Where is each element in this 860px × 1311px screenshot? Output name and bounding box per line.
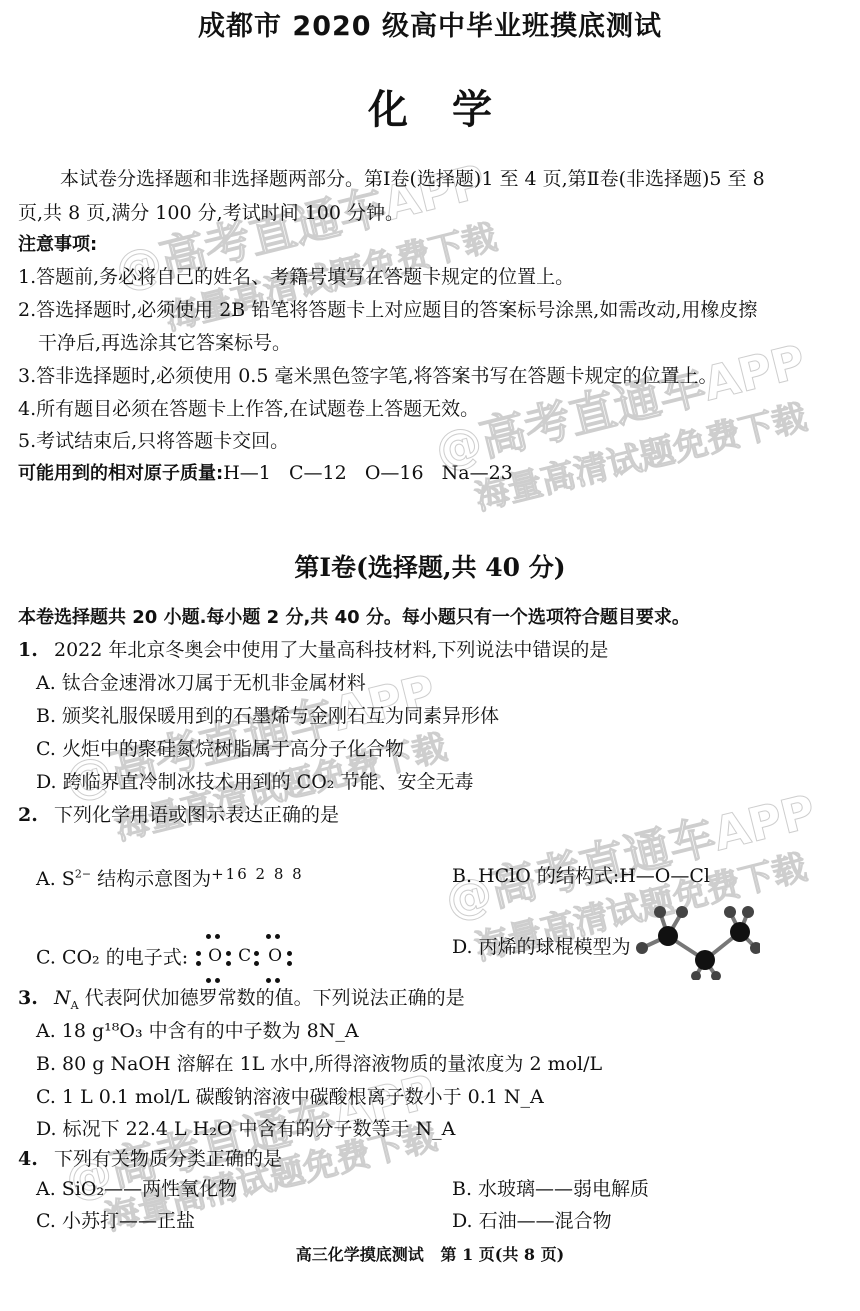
question-number: 3. (18, 989, 54, 1008)
atomic-mass-values: H—1 C—12 O—16 Na—23 (223, 462, 513, 484)
question-text: 下列有关物质分类正确的是 (54, 1148, 282, 1170)
watermark-line2: 海量高清试题免费下载 (469, 390, 811, 520)
question-4-stem: 4.下列有关物质分类正确的是 (18, 1150, 282, 1169)
q4-option-a: A. SiO₂——两性氧化物 (36, 1180, 237, 1199)
question-text: 2022 年北京冬奥会中使用了大量高科技材料,下列说法中错误的是 (54, 639, 608, 661)
question-2-stem: 2.下列化学用语或图示表达正确的是 (18, 806, 339, 825)
exam-title: 成都市 2020 级高中毕业班摸底测试 (0, 4, 860, 43)
q2-option-c: C. CO₂ 的电子式: O C O (36, 930, 294, 986)
question-1-stem: 1.2022 年北京冬奥会中使用了大量高科技材料,下列说法中错误的是 (18, 641, 608, 660)
question-3-stem: 3.NA 代表阿伏加德罗常数的值。下列说法正确的是 (18, 989, 465, 1011)
q2-option-d: D. 丙烯的球棍模型为 (452, 938, 631, 957)
question-text: 下列化学用语或图示表达正确的是 (54, 804, 339, 826)
question-number: 4. (18, 1150, 54, 1169)
question-text: 代表阿伏加德罗常数的值。下列说法正确的是 (79, 987, 465, 1009)
q3-option-b: B. 80 g NaOH 溶解在 1L 水中,所得溶液物质的量浓度为 2 mol… (36, 1055, 602, 1074)
atomic-mass-label: 可能用到的相对原子质量: (18, 463, 223, 484)
note-item: 3.答非选择题时,必须使用 0.5 毫米黑色签字笔,将答案书写在答题卡规定的位置… (18, 367, 718, 386)
exam-page: @高考直通车APP 海量高清试题免费下载 @高考直通车APP 海量高清试题免费下… (0, 0, 860, 1311)
q2-option-b: B. HClO 的结构式:H—O—Cl (452, 867, 710, 886)
intro-line-1: 本试卷分选择题和非选择题两部分。第Ⅰ卷(选择题)1 至 4 页,第Ⅱ卷(非选择题… (60, 170, 765, 189)
atomic-mass-line: 可能用到的相对原子质量:H—1 C—12 O—16 Na—23 (18, 464, 513, 483)
q4-option-b: B. 水玻璃——弱电解质 (452, 1180, 649, 1199)
note-item: 4.所有题目必须在答题卡上作答,在试题卷上答题无效。 (18, 400, 479, 419)
question-number: 2. (18, 806, 54, 825)
subject-title: 化学 (0, 78, 860, 135)
note-item: 1.答题前,务必将自己的姓名、考籍号填写在答题卡规定的位置上。 (18, 268, 574, 287)
note-item: 2.答选择题时,必须使用 2B 铅笔将答题卡上对应题目的答案标号涂黑,如需改动,… (18, 301, 757, 320)
q1-option-b: B. 颁奖礼服保暖用到的石墨烯与金刚石互为同素异形体 (36, 707, 499, 726)
question-number: 1. (18, 641, 54, 660)
q1-option-c: C. 火炬中的聚硅氮烷树脂属于高分子化合物 (36, 740, 404, 759)
co2-electron-formula: O C O (194, 930, 294, 986)
page-footer: 高三化学摸底测试 第 1 页(共 8 页) (0, 1242, 860, 1265)
q3-option-a: A. 18 g¹⁸O₃ 中含有的中子数为 8N_A (36, 1022, 359, 1041)
section-title: 第Ⅰ卷(选择题,共 40 分) (0, 548, 860, 584)
q1-option-d: D. 跨临界直冷制冰技术用到的 CO₂ 节能、安全无毒 (36, 773, 473, 792)
q3-option-c: C. 1 L 0.1 mol/L 碳酸钠溶液中碳酸根离子数小于 0.1 N_A (36, 1088, 544, 1107)
q4-option-c: C. 小苏打——正盐 (36, 1212, 195, 1231)
q4-option-d: D. 石油——混合物 (452, 1212, 612, 1231)
note-item: 5.考试结束后,只将答题卡交回。 (18, 432, 289, 451)
intro-line-2: 页,共 8 页,满分 100 分,考试时间 100 分钟。 (18, 204, 404, 223)
propene-ball-stick-model (630, 900, 760, 980)
atomic-structure-diagram: +16 2 8 8 (211, 867, 304, 882)
q3-option-d: D. 标况下 22.4 L H₂O 中含有的分子数等于 N_A (36, 1120, 455, 1139)
q1-option-a: A. 钛合金速滑冰刀属于无机非金属材料 (36, 674, 366, 693)
watermark-line1: @高考直通车APP (428, 325, 812, 481)
notes-heading: 注意事项: (18, 236, 97, 254)
section-instruction: 本卷选择题共 20 小题.每小题 2 分,共 40 分。每小题只有一个选项符合题… (18, 609, 690, 627)
note-item-continued: 干净后,再选涂其它答案标号。 (38, 334, 291, 353)
q2-option-a: A. S2− 结构示意图为+16 2 8 8 (36, 867, 304, 889)
